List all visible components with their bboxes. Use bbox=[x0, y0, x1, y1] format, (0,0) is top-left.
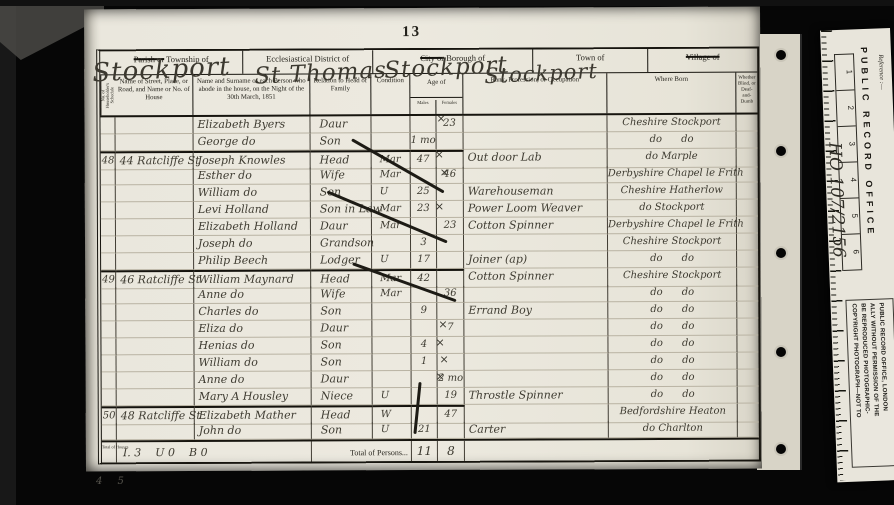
cell-relation: Son bbox=[311, 303, 372, 320]
census-rows: Elizabeth Byers Daur 23 Cheshire Stockpo… bbox=[100, 115, 758, 441]
cell-occupation bbox=[465, 370, 609, 388]
cell-schedule bbox=[101, 338, 116, 355]
cell-relation: Daur bbox=[311, 218, 372, 235]
cell-relation: Son bbox=[311, 133, 372, 150]
cell-where-born: do do bbox=[608, 302, 737, 320]
cell-infirmity bbox=[737, 200, 758, 217]
cell-schedule bbox=[102, 355, 117, 372]
cell-condition bbox=[372, 303, 411, 320]
cell-address bbox=[116, 236, 194, 253]
reference-label: Reference :— bbox=[877, 54, 887, 144]
cell-age-female: 23 bbox=[437, 218, 464, 235]
cell-condition bbox=[372, 235, 411, 252]
cell-relation: Son bbox=[312, 354, 373, 371]
page-binding-edge bbox=[757, 34, 802, 470]
tally-mark bbox=[440, 166, 449, 179]
cell-occupation bbox=[464, 285, 608, 303]
tally-mark bbox=[435, 336, 444, 349]
cell-condition: Mar bbox=[372, 201, 411, 218]
cell-relation: Son bbox=[311, 337, 372, 354]
cell-name: William do bbox=[195, 354, 312, 372]
cell-infirmity bbox=[738, 421, 759, 438]
cell-address bbox=[116, 253, 194, 270]
cell-address bbox=[115, 117, 193, 134]
cell-relation: Wife bbox=[311, 167, 372, 184]
cell-age-male: 4 bbox=[411, 337, 437, 354]
cell-age-female bbox=[438, 422, 465, 439]
col-where-born: Where Born bbox=[607, 73, 736, 114]
cell-condition: U bbox=[372, 252, 411, 269]
cell-where-born: Cheshire Hatherlow bbox=[608, 183, 737, 201]
tally-mark bbox=[435, 200, 444, 213]
cell-schedule bbox=[102, 372, 117, 389]
cell-where-born: do do bbox=[608, 319, 737, 337]
cell-relation: Niece bbox=[312, 388, 373, 405]
cell-schedule bbox=[101, 253, 116, 270]
cell-infirmity bbox=[738, 387, 759, 404]
cell-occupation: Cotton Spinner bbox=[464, 217, 608, 235]
cell-condition: Mar bbox=[372, 286, 411, 303]
total-houses-value: I. 3 U 0 B 0 bbox=[117, 441, 312, 462]
scale-number: 2 bbox=[836, 90, 855, 127]
cell-address bbox=[116, 185, 194, 202]
cell-age-female bbox=[437, 184, 464, 201]
cell-where-born: Derbyshire Chapel le Frith bbox=[608, 166, 737, 184]
cell-infirmity bbox=[736, 115, 757, 132]
totals-row: Total of Houses I. 3 U 0 B 0 Total of Pe… bbox=[102, 438, 759, 463]
cell-infirmity bbox=[738, 370, 759, 387]
cell-name: Eliza do bbox=[194, 320, 311, 338]
cell-infirmity bbox=[737, 302, 758, 319]
cell-occupation bbox=[464, 319, 608, 337]
total-females: 8 bbox=[438, 441, 465, 461]
punch-hole bbox=[776, 347, 786, 357]
cell-occupation: Joiner (ap) bbox=[464, 251, 608, 269]
census-form: Parish or Township of Ecclesiastical Dis… bbox=[96, 47, 761, 465]
tally-mark bbox=[436, 370, 445, 383]
cell-name: Elizabeth Byers bbox=[193, 116, 310, 134]
cell-infirmity bbox=[737, 217, 758, 234]
cell-condition bbox=[372, 320, 411, 337]
cell-relation: Son bbox=[312, 422, 373, 439]
cell-schedule bbox=[101, 168, 116, 185]
cell-name: Mary A Housley bbox=[195, 388, 312, 406]
tally-mark bbox=[439, 353, 448, 366]
cell-occupation bbox=[464, 166, 608, 184]
microfilm-frame: 13 Parish or Township of Ecclesiastical … bbox=[0, 0, 894, 505]
page-number: 13 bbox=[402, 24, 421, 41]
cell-address bbox=[116, 287, 194, 304]
cell-infirmity bbox=[737, 166, 758, 183]
cell-age-male: 17 bbox=[411, 252, 437, 269]
film-edge-left bbox=[0, 0, 16, 505]
cell-occupation: Warehouseman bbox=[464, 183, 608, 201]
cell-age-male bbox=[410, 116, 436, 133]
cell-address bbox=[117, 355, 195, 372]
cell-name: John do bbox=[195, 422, 312, 440]
cell-condition bbox=[372, 337, 411, 354]
cell-where-born: do do bbox=[609, 387, 738, 405]
cell-infirmity bbox=[737, 234, 758, 251]
cell-address bbox=[116, 304, 194, 321]
cell-occupation bbox=[464, 336, 608, 354]
cell-age-male bbox=[412, 371, 438, 388]
cell-infirmity bbox=[737, 285, 758, 302]
total-houses-label: Total of Houses bbox=[102, 442, 117, 462]
cell-where-born: Derbyshire Chapel le Frith bbox=[608, 217, 737, 235]
cell-name: Levi Holland bbox=[194, 201, 311, 219]
cell-condition: Mar bbox=[372, 218, 411, 235]
cell-relation: Son in Law bbox=[311, 201, 372, 218]
cell-schedule bbox=[101, 287, 116, 304]
cell-where-born: do do bbox=[609, 370, 738, 388]
punch-hole bbox=[776, 50, 786, 60]
cell-relation: Grandson bbox=[311, 235, 372, 252]
cell-age-female: 19 bbox=[438, 388, 465, 405]
cell-schedule bbox=[101, 236, 116, 253]
cell-where-born: do Charlton bbox=[609, 421, 738, 439]
cell-relation: Wife bbox=[311, 286, 372, 303]
cell-where-born: do do bbox=[608, 132, 737, 150]
cell-schedule bbox=[101, 134, 116, 151]
cell-name: Esther do bbox=[194, 167, 311, 185]
cell-name: William do bbox=[194, 184, 311, 202]
cell-name: Anne do bbox=[195, 371, 312, 389]
cell-schedule bbox=[101, 304, 116, 321]
cell-condition bbox=[373, 371, 412, 388]
cell-schedule bbox=[101, 321, 116, 338]
cell-infirmity bbox=[737, 336, 758, 353]
cell-relation: Daur bbox=[312, 371, 373, 388]
cell-schedule bbox=[102, 389, 117, 406]
cell-address bbox=[116, 321, 194, 338]
cell-age-male: 1 bbox=[412, 354, 438, 371]
cell-where-born: do Stockport bbox=[608, 200, 737, 218]
cell-address bbox=[116, 168, 194, 185]
cell-relation: Daur bbox=[311, 320, 372, 337]
cell-address bbox=[117, 423, 195, 440]
cell-infirmity bbox=[737, 183, 758, 200]
col-age-males: Males bbox=[410, 100, 436, 114]
tally-mark bbox=[436, 112, 445, 125]
cell-occupation bbox=[463, 115, 607, 133]
punch-hole bbox=[776, 444, 786, 454]
cell-condition bbox=[373, 354, 412, 371]
cell-where-born: Cheshire Stockport bbox=[608, 234, 737, 252]
cell-occupation: Power Loom Weaver bbox=[464, 200, 608, 218]
totals-empty bbox=[465, 440, 759, 461]
cell-where-born: do do bbox=[608, 336, 737, 354]
cell-occupation: Errand Boy bbox=[464, 302, 608, 320]
table-row: John do Son U 21 Carter do Charlton bbox=[102, 421, 759, 441]
margin-pencil-note: 4 5 bbox=[96, 476, 130, 487]
cell-infirmity bbox=[737, 353, 758, 370]
cell-age-male: 9 bbox=[411, 303, 437, 320]
cell-condition: U bbox=[373, 422, 412, 439]
scale-number: 1 bbox=[835, 54, 854, 91]
cell-where-born: do do bbox=[609, 353, 738, 371]
cell-occupation bbox=[464, 234, 608, 252]
cell-age-female bbox=[437, 252, 464, 269]
punch-hole bbox=[776, 146, 786, 156]
cell-occupation: Carter bbox=[465, 421, 609, 439]
cell-address bbox=[116, 134, 194, 151]
cell-relation: Daur bbox=[310, 116, 371, 133]
total-males: 11 bbox=[412, 441, 438, 461]
cell-occupation bbox=[465, 353, 609, 371]
cell-address bbox=[116, 219, 194, 236]
cell-schedule bbox=[101, 219, 116, 236]
cell-name: Elizabeth Holland bbox=[194, 218, 311, 236]
cell-condition bbox=[371, 116, 410, 133]
cell-where-born: do do bbox=[608, 251, 737, 269]
cell-age-male: 1 mo bbox=[411, 133, 437, 150]
census-page: 13 Parish or Township of Ecclesiastical … bbox=[84, 7, 762, 472]
cell-where-born: do do bbox=[608, 285, 737, 303]
cell-name: Philip Beech bbox=[194, 252, 311, 270]
cell-address bbox=[117, 389, 195, 406]
cell-condition bbox=[372, 133, 411, 150]
cell-address bbox=[117, 372, 195, 389]
cell-age-male bbox=[411, 320, 437, 337]
cell-schedule bbox=[100, 117, 115, 134]
cell-name: George do bbox=[194, 133, 311, 151]
col-infirmity: Whether Blind, or Deaf-and-Dumb bbox=[736, 73, 757, 113]
cell-schedule bbox=[101, 185, 116, 202]
cell-name: Charles do bbox=[194, 303, 311, 321]
field-village: Village of bbox=[648, 49, 757, 72]
tally-mark bbox=[438, 318, 447, 331]
cell-condition: U bbox=[373, 388, 412, 405]
cell-occupation: Throstle Spinner bbox=[465, 387, 609, 405]
copyright-box: COPYRIGHT PHOTOGRAPH—NOT TOBE REPRODUCED… bbox=[845, 298, 894, 468]
cell-condition: U bbox=[372, 184, 411, 201]
total-persons-label: Total of Persons... bbox=[312, 441, 412, 461]
film-edge-top bbox=[0, 0, 894, 6]
public-record-office-strip: 123456 PUBLIC RECORD OFFICE Reference :—… bbox=[820, 28, 894, 482]
cell-schedule bbox=[102, 423, 117, 440]
cell-address bbox=[116, 202, 194, 219]
cell-age-male: 23 bbox=[411, 201, 437, 218]
tally-mark bbox=[435, 148, 444, 161]
cell-infirmity bbox=[737, 251, 758, 268]
cell-name: Joseph do bbox=[194, 235, 311, 253]
cell-schedule bbox=[101, 202, 116, 219]
cell-address bbox=[116, 338, 194, 355]
cell-infirmity bbox=[737, 132, 758, 149]
punch-hole bbox=[776, 248, 786, 258]
cell-name: Henias do bbox=[194, 337, 311, 355]
cell-infirmity bbox=[737, 319, 758, 336]
cell-name: Anne do bbox=[194, 286, 311, 304]
cell-occupation bbox=[464, 132, 608, 150]
cell-where-born: Cheshire Stockport bbox=[607, 115, 736, 133]
